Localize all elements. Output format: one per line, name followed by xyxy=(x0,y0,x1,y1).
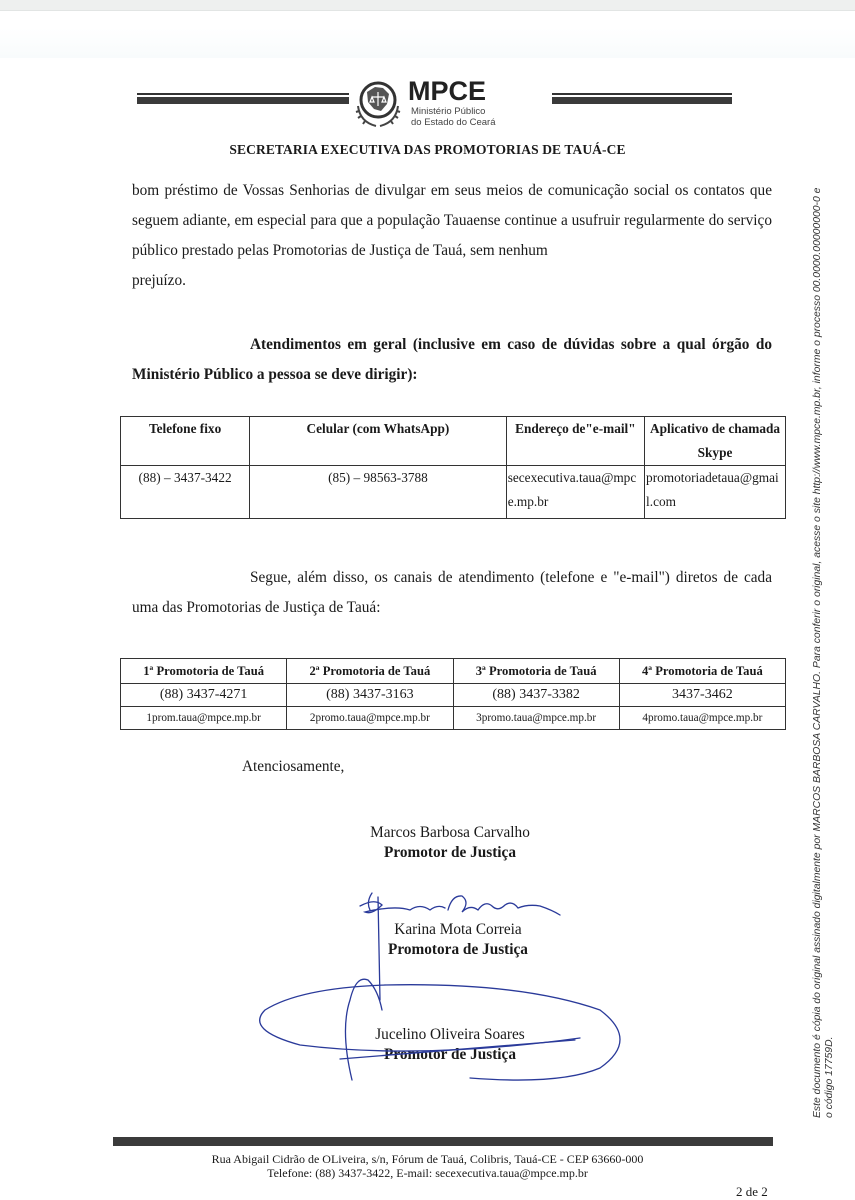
logo-subtitle: do Estado do Ceará xyxy=(411,117,496,128)
closing-salutation: Atenciosamente, xyxy=(242,758,344,776)
footer-rule xyxy=(113,1137,773,1146)
table-header: Endereço de"e-mail" xyxy=(506,417,644,466)
table-header: Telefone fixo xyxy=(121,417,250,466)
signatory-role: Promotor de Justiça xyxy=(20,843,855,863)
skype-account: promotoriadetaua@gmail.com xyxy=(645,466,786,519)
intro-text-end: prejuízo. xyxy=(132,266,772,296)
viewer-top-bar xyxy=(0,0,855,11)
logo-title: MPCE xyxy=(408,76,486,107)
signature-block: Jucelino Oliveira Soares Promotor de Jus… xyxy=(20,1025,855,1065)
email-cell: 4promo.taua@mpce.mp.br xyxy=(619,707,785,730)
table-header: Aplicativo de chamada Skype xyxy=(645,417,786,466)
table-row: 1prom.taua@mpce.mp.br 2promo.taua@mpce.m… xyxy=(121,707,786,730)
landline-phone: (88) – 3437-3422 xyxy=(121,466,250,519)
signatory-role: Promotor de Justiça xyxy=(20,1045,855,1065)
signatory-name: Jucelino Oliveira Soares xyxy=(20,1025,855,1045)
emblem-scales-icon xyxy=(350,78,406,130)
table-row: (88) 3437-4271 (88) 3437-3163 (88) 3437-… xyxy=(121,684,786,707)
phone-cell: (88) 3437-3382 xyxy=(453,684,619,707)
footer-contact: Telefone: (88) 3437-3422, E-mail: secexe… xyxy=(0,1166,855,1181)
intro-text: bom préstimo de Vossas Senhorias de divu… xyxy=(132,182,772,259)
whatsapp-phone: (85) – 98563-3788 xyxy=(250,466,507,519)
email-cell: 2promo.taua@mpce.mp.br xyxy=(287,707,453,730)
table-header-row: 1ª Promotoria de Tauá 2ª Promotoria de T… xyxy=(121,659,786,684)
footer-address: Rua Abigail Cidrão de OLiveira, s/n, Fór… xyxy=(0,1152,855,1167)
phone-cell: 3437-3462 xyxy=(619,684,785,707)
table-header: Celular (com WhatsApp) xyxy=(250,417,507,466)
mpce-logo: MPCE Ministério Público do Estado do Cea… xyxy=(350,78,555,130)
intro-paragraph: bom préstimo de Vossas Senhorias de divu… xyxy=(132,176,772,296)
header-rule-right xyxy=(552,93,732,105)
signature-block: Marcos Barbosa Carvalho Promotor de Just… xyxy=(20,823,855,863)
signatory-name: Marcos Barbosa Carvalho xyxy=(20,823,855,843)
phone-cell: (88) 3437-3163 xyxy=(287,684,453,707)
email-address: secexecutiva.taua@mpce.mp.br xyxy=(506,466,644,519)
phone-cell: (88) 3437-4271 xyxy=(121,684,287,707)
table-header: 4ª Promotoria de Tauá xyxy=(619,659,785,684)
signatory-name: Karina Mota Correia xyxy=(28,920,855,940)
table-row: (88) – 3437-3422 (85) – 98563-3788 secex… xyxy=(121,466,786,519)
signatory-role: Promotora de Justiça xyxy=(28,940,855,960)
page-top-shadow xyxy=(0,28,855,58)
general-service-heading: Atendimentos em geral (inclusive em caso… xyxy=(132,330,772,390)
side-note-line: Este documento é cópia do original assin… xyxy=(812,118,824,1118)
general-contacts-table: Telefone fixo Celular (com WhatsApp) End… xyxy=(120,416,786,519)
table-header-row: Telefone fixo Celular (com WhatsApp) End… xyxy=(121,417,786,466)
header-rule-left xyxy=(137,93,349,105)
table-header: 2ª Promotoria de Tauá xyxy=(287,659,453,684)
channels-paragraph: Segue, além disso, os canais de atendime… xyxy=(132,563,772,623)
logo-subtitle: Ministério Público xyxy=(411,106,485,117)
promotorias-table: 1ª Promotoria de Tauá 2ª Promotoria de T… xyxy=(120,658,786,730)
email-cell: 3promo.taua@mpce.mp.br xyxy=(453,707,619,730)
page-number: 2 de 2 xyxy=(736,1184,768,1200)
org-title: SECRETARIA EXECUTIVA DAS PROMOTORIAS DE … xyxy=(0,142,855,158)
signature-block: Karina Mota Correia Promotora de Justiça xyxy=(28,920,855,960)
email-cell: 1prom.taua@mpce.mp.br xyxy=(121,707,287,730)
side-note-line: o código 17759D. xyxy=(824,118,836,1118)
table-header: 3ª Promotoria de Tauá xyxy=(453,659,619,684)
digital-signature-note: Este documento é cópia do original assin… xyxy=(812,118,836,1118)
table-header: 1ª Promotoria de Tauá xyxy=(121,659,287,684)
